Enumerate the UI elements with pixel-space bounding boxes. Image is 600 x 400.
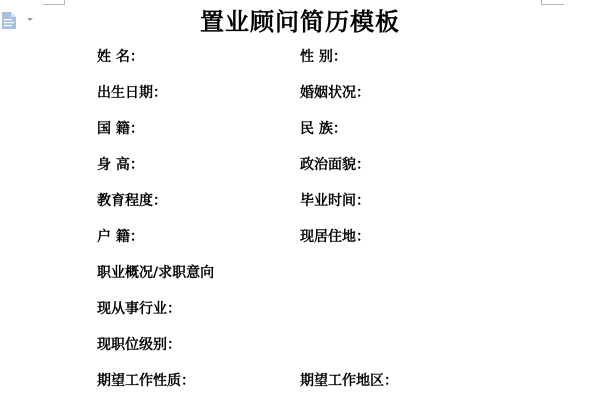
field-label: 民 族： xyxy=(300,119,347,139)
field-label: 身 高： xyxy=(97,155,144,175)
field-label: 出生日期： xyxy=(97,83,167,103)
field-label: 现职位级别： xyxy=(97,335,181,355)
field-label: 毕业时间： xyxy=(300,191,370,211)
field-label: 期望工作地区： xyxy=(300,371,398,391)
field-label: 姓 名： xyxy=(97,47,144,67)
field-label: 现从事行业： xyxy=(97,299,181,319)
field-label: 国 籍： xyxy=(97,119,144,139)
document-title: 置业顾问简历模板 xyxy=(0,4,600,40)
field-label: 性 别： xyxy=(300,47,347,67)
field-label: 现居住地： xyxy=(300,227,370,247)
field-label: 期望工作性质： xyxy=(97,371,195,391)
field-label: 户 籍： xyxy=(97,227,144,247)
field-label: 职业概况/求职意向 xyxy=(97,263,214,283)
field-label: 教育程度： xyxy=(97,191,167,211)
field-label: 政治面貌： xyxy=(300,155,370,175)
field-label: 婚姻状况： xyxy=(300,83,370,103)
